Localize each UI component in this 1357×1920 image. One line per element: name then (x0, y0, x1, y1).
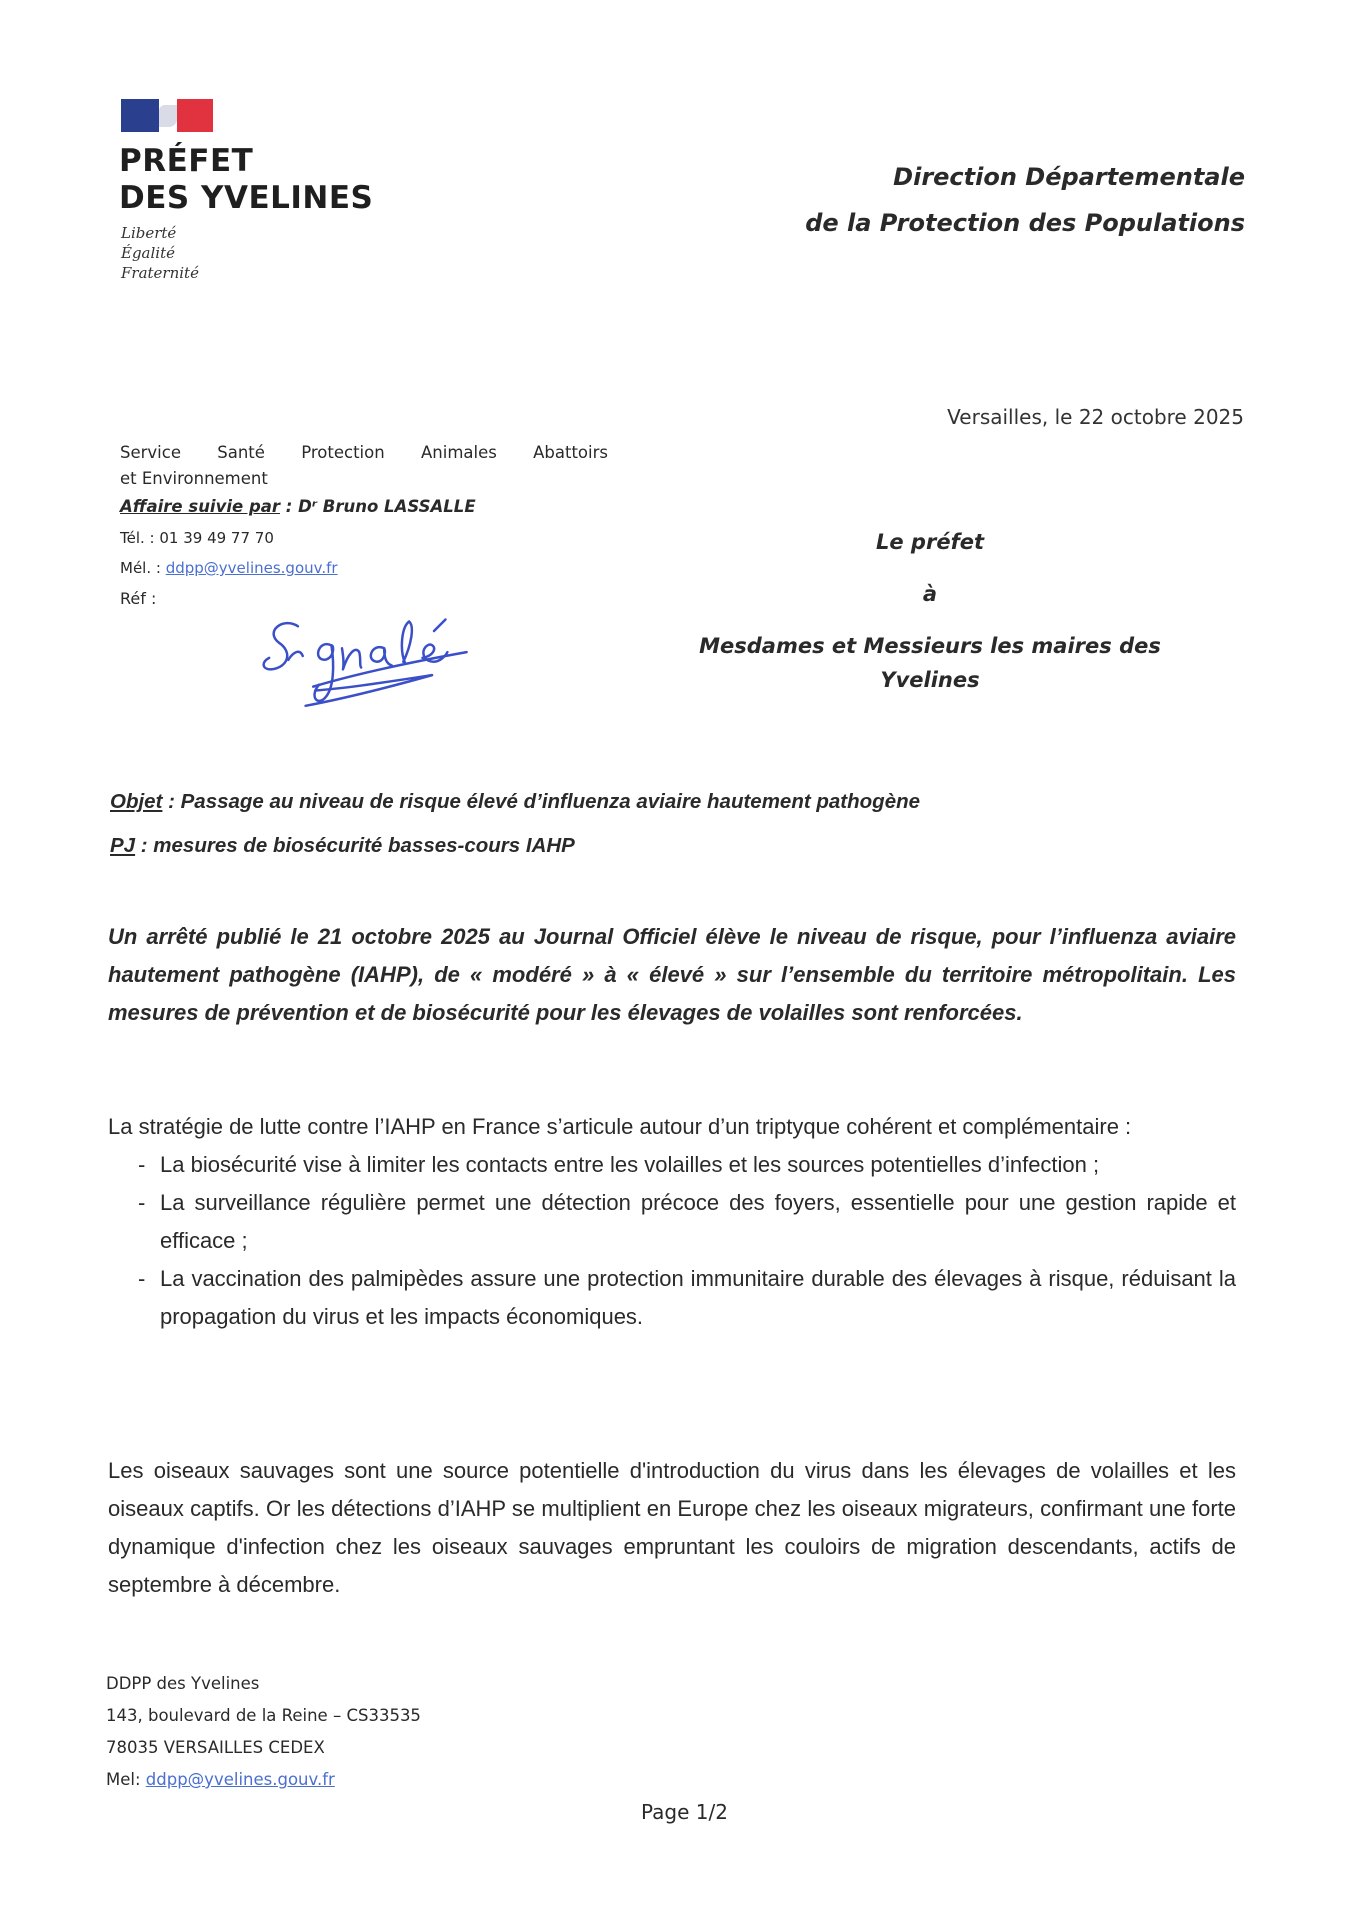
page-number: Page 1/2 (641, 1800, 728, 1824)
list-item-text: La surveillance régulière permet une dét… (160, 1190, 1236, 1253)
phone-number: Tél. : 01 39 49 77 70 (120, 529, 274, 547)
service-line1: Service Santé Protection Animales Abatto… (120, 440, 608, 466)
list-item: -La biosécurité vise à limiter les conta… (138, 1146, 1236, 1184)
list-item-text: La vaccination des palmipèdes assure une… (160, 1266, 1236, 1329)
footer-email-label: Mel: (106, 1770, 146, 1789)
intro-paragraph: Un arrêté publié le 21 octobre 2025 au J… (108, 918, 1236, 1032)
recipient-block: Le préfet à Mesdames et Messieurs les ma… (660, 525, 1200, 697)
issuing-direction: Direction Départementale de la Protectio… (805, 154, 1245, 246)
service-word: Santé (217, 440, 265, 466)
addressee: Mesdames et Messieurs les maires des Yve… (660, 629, 1200, 697)
dash-bullet-icon: - (138, 1260, 145, 1298)
dash-bullet-icon: - (138, 1146, 145, 1184)
motto-liberte: Liberté (121, 223, 199, 243)
service-line2: et Environnement (120, 466, 608, 492)
separator: : (135, 834, 153, 857)
separator: : (280, 497, 298, 516)
republic-motto: Liberté Égalité Fraternité (121, 223, 199, 283)
email-label: Mél. : (120, 559, 166, 577)
service-word: Service (120, 440, 181, 466)
case-handler-label: Affaire suivie par (120, 497, 280, 516)
footer-city: 78035 VERSAILLES CEDEX (106, 1732, 421, 1764)
recipient-preposition: à (660, 577, 1200, 629)
motto-egalite: Égalité (121, 243, 199, 263)
case-handler-name: Dʳ Bruno LASSALLE (298, 497, 475, 516)
strategy-paragraph: La stratégie de lutte contre l’IAHP en F… (108, 1108, 1236, 1336)
attachment-label: PJ (110, 834, 135, 857)
handwritten-signature (250, 590, 480, 720)
list-item-text: La biosécurité vise à limiter les contac… (160, 1152, 1099, 1177)
marianne-flag-icon (121, 99, 213, 132)
logo-title-line2: DES YVELINES (119, 180, 373, 217)
strategy-intro: La stratégie de lutte contre l’IAHP en F… (108, 1108, 1236, 1146)
reference: Réf : (120, 589, 156, 608)
sender-title: Le préfet (660, 525, 1200, 577)
email-line: Mél. : ddpp@yvelines.gouv.fr (120, 559, 338, 577)
page-number-row: Page 1/2 (0, 1800, 1357, 1824)
footer-address: DDPP des Yvelines 143, boulevard de la R… (106, 1668, 421, 1796)
separator: : (162, 790, 180, 813)
logo-title-line1: PRÉFET (119, 143, 373, 180)
flag-blue-band (121, 99, 159, 132)
marianne-profile-icon (159, 105, 177, 127)
motto-fraternite: Fraternité (121, 263, 199, 283)
service-word: Protection (301, 440, 384, 466)
email-link[interactable]: ddpp@yvelines.gouv.fr (166, 559, 338, 577)
direction-line2: de la Protection des Populations (805, 200, 1245, 246)
attachment-value: mesures de biosécurité basses-cours IAHP (153, 834, 575, 857)
subject-value: Passage au niveau de risque élevé d’infl… (181, 790, 920, 813)
footer-email-line: Mel: ddpp@yvelines.gouv.fr (106, 1764, 421, 1796)
subject-line: Objet : Passage au niveau de risque élev… (110, 780, 920, 824)
wild-birds-paragraph: Les oiseaux sauvages sont une source pot… (108, 1452, 1236, 1604)
letter-date: Versailles, le 22 octobre 2025 (947, 405, 1244, 429)
footer-org: DDPP des Yvelines (106, 1668, 421, 1700)
direction-line1: Direction Départementale (805, 154, 1245, 200)
case-handler: Affaire suivie par : Dʳ Bruno LASSALLE (120, 497, 476, 516)
list-item: -La vaccination des palmipèdes assure un… (138, 1260, 1236, 1336)
service-name: Service Santé Protection Animales Abatto… (120, 440, 608, 492)
footer-email-link[interactable]: ddpp@yvelines.gouv.fr (146, 1770, 335, 1789)
footer-street: 143, boulevard de la Reine – CS33535 (106, 1700, 421, 1732)
flag-red-band (177, 99, 213, 132)
prefecture-logo-title: PRÉFET DES YVELINES (119, 143, 373, 217)
subject-block: Objet : Passage au niveau de risque élev… (110, 780, 920, 868)
list-item: -La surveillance régulière permet une dé… (138, 1184, 1236, 1260)
strategy-list: -La biosécurité vise à limiter les conta… (108, 1146, 1236, 1336)
service-word: Abattoirs (533, 440, 608, 466)
service-word: Animales (421, 440, 497, 466)
dash-bullet-icon: - (138, 1184, 145, 1222)
subject-label: Objet (110, 790, 162, 813)
attachment-line: PJ : mesures de biosécurité basses-cours… (110, 824, 920, 868)
